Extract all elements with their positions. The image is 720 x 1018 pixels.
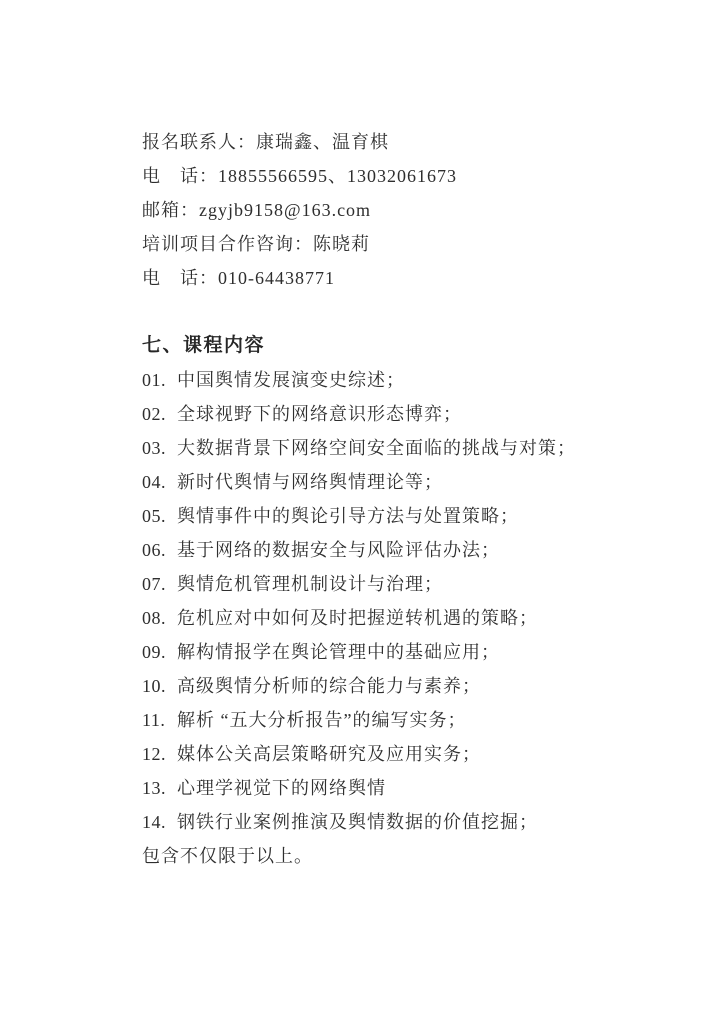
course-item-11: 11.解析 “五大分析报告”的编写实务； xyxy=(142,703,630,737)
course-item-number: 06. xyxy=(142,533,177,567)
course-item-text: 中国舆情发展演变史综述； xyxy=(177,370,405,390)
document-page: 报名联系人：康瑞鑫、温育棋 电 话：18855566595、1303206167… xyxy=(0,0,720,1018)
section-heading: 七、课程内容 xyxy=(142,329,630,363)
course-item-number: 02. xyxy=(142,397,177,431)
course-item-text: 基于网络的数据安全与风险评估办法； xyxy=(177,540,500,560)
course-item-text: 媒体公关高层策略研究及应用实务； xyxy=(177,744,481,764)
course-list: 01.中国舆情发展演变史综述； 02.全球视野下的网络意识形态博弈； 03.大数… xyxy=(142,363,630,839)
course-item-number: 14. xyxy=(142,805,177,839)
course-item-03: 03.大数据背景下网络空间安全面临的挑战与对策； xyxy=(142,431,630,465)
contact-block: 报名联系人：康瑞鑫、温育棋 电 话：18855566595、1303206167… xyxy=(142,125,630,295)
course-item-text: 解构情报学在舆论管理中的基础应用； xyxy=(177,642,500,662)
course-item-04: 04.新时代舆情与网络舆情理论等； xyxy=(142,465,630,499)
course-item-text: 新时代舆情与网络舆情理论等； xyxy=(177,472,443,492)
course-item-01: 01.中国舆情发展演变史综述； xyxy=(142,363,630,397)
course-item-12: 12.媒体公关高层策略研究及应用实务； xyxy=(142,737,630,771)
course-item-07: 07.舆情危机管理机制设计与治理； xyxy=(142,567,630,601)
contact-line-phone-1: 电 话：18855566595、13032061673 xyxy=(142,159,630,193)
document-content: 报名联系人：康瑞鑫、温育棋 电 话：18855566595、1303206167… xyxy=(142,125,630,873)
course-item-14: 14.钢铁行业案例推演及舆情数据的价值挖掘； xyxy=(142,805,630,839)
course-item-text: 高级舆情分析师的综合能力与素养； xyxy=(177,676,481,696)
contact-line-registration: 报名联系人：康瑞鑫、温育棋 xyxy=(142,125,630,159)
course-item-number: 07. xyxy=(142,567,177,601)
course-item-text: 心理学视觉下的网络舆情 xyxy=(177,778,386,798)
contact-line-email: 邮箱：zgyjb9158@163.com xyxy=(142,193,630,227)
course-item-02: 02.全球视野下的网络意识形态博弈； xyxy=(142,397,630,431)
course-item-number: 01. xyxy=(142,363,177,397)
course-item-13: 13.心理学视觉下的网络舆情 xyxy=(142,771,630,805)
contact-line-phone-2: 电 话：010-64438771 xyxy=(142,261,630,295)
course-item-number: 05. xyxy=(142,499,177,533)
course-item-text: 大数据背景下网络空间安全面临的挑战与对策； xyxy=(177,438,576,458)
course-item-number: 04. xyxy=(142,465,177,499)
course-item-text: 全球视野下的网络意识形态博弈； xyxy=(177,404,462,424)
course-item-06: 06.基于网络的数据安全与风险评估办法； xyxy=(142,533,630,567)
course-item-number: 08. xyxy=(142,601,177,635)
course-item-number: 10. xyxy=(142,669,177,703)
list-footer-note: 包含不仅限于以上。 xyxy=(142,839,630,873)
course-item-05: 05.舆情事件中的舆论引导方法与处置策略； xyxy=(142,499,630,533)
course-item-text: 钢铁行业案例推演及舆情数据的价值挖掘； xyxy=(177,812,538,832)
course-item-text: 舆情事件中的舆论引导方法与处置策略； xyxy=(177,506,519,526)
course-item-text: 危机应对中如何及时把握逆转机遇的策略； xyxy=(177,608,538,628)
contact-line-cooperation: 培训项目合作咨询：陈晓莉 xyxy=(142,227,630,261)
course-item-10: 10.高级舆情分析师的综合能力与素养； xyxy=(142,669,630,703)
course-item-09: 09.解构情报学在舆论管理中的基础应用； xyxy=(142,635,630,669)
course-item-text: 解析 “五大分析报告”的编写实务； xyxy=(177,710,466,730)
course-item-text: 舆情危机管理机制设计与治理； xyxy=(177,574,443,594)
course-item-number: 13. xyxy=(142,771,177,805)
course-item-number: 09. xyxy=(142,635,177,669)
course-item-number: 12. xyxy=(142,737,177,771)
course-item-08: 08.危机应对中如何及时把握逆转机遇的策略； xyxy=(142,601,630,635)
course-item-number: 03. xyxy=(142,431,177,465)
course-item-number: 11. xyxy=(142,703,177,737)
